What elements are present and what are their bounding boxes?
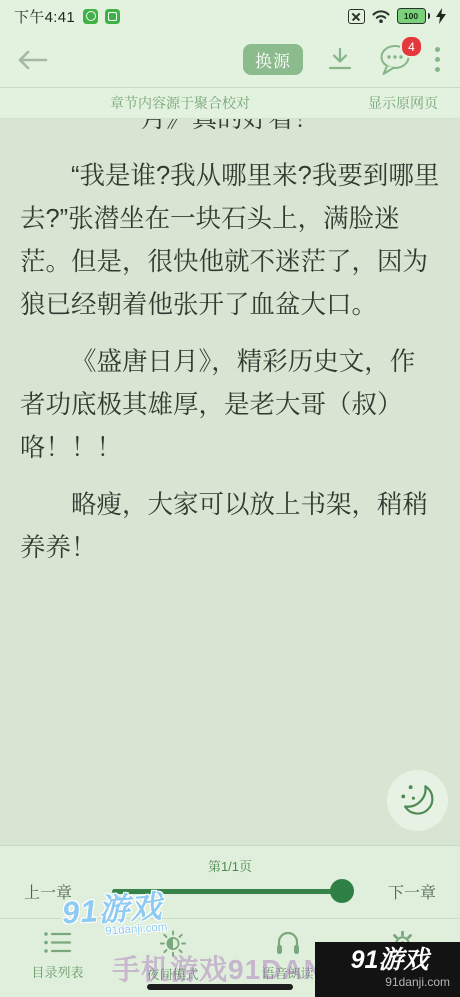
overflow-menu-button[interactable] [435, 47, 440, 72]
watermark-black-title: 91游戏 [329, 947, 450, 975]
prev-chapter-button[interactable]: 上一章 [0, 880, 96, 903]
page-progress-slider[interactable] [112, 879, 350, 903]
watermark-black-domain: 91danji.com [329, 975, 450, 989]
slider-track[interactable] [112, 889, 344, 894]
notification-app-icon [105, 9, 120, 24]
headphones-icon [274, 930, 302, 956]
source-info-text: 章节内容源于聚合校对 [110, 93, 250, 113]
slider-thumb[interactable] [330, 879, 354, 903]
reading-area[interactable]: 月》真的好看！ “我是谁?我从哪里来?我要到哪里去?”张潜坐在一块石头上，满脸迷… [0, 119, 460, 845]
paragraph: 月》真的好看！ [20, 119, 440, 141]
source-bar: 章节内容源于聚合校对 显示原网页 [0, 87, 460, 119]
show-original-link[interactable]: 显示原网页 [368, 93, 438, 113]
nav-label: 夜间模式 [146, 964, 198, 983]
back-button[interactable] [16, 48, 50, 72]
status-bar: 下午4:41 100 [0, 0, 460, 32]
page-control-bar: 第1/1页 上一章 下一章 [0, 845, 460, 918]
charging-bolt-icon [436, 8, 446, 24]
nav-item-catalog[interactable]: 目录列表 [0, 919, 115, 997]
moon-icon [395, 778, 441, 824]
battery-percent: 100 [404, 12, 418, 21]
comments-button[interactable]: 4 [377, 43, 413, 76]
nav-label: 目录列表 [31, 962, 83, 981]
battery-cap [428, 13, 431, 19]
page-indicator: 第1/1页 [0, 846, 460, 875]
paragraph: 略瘦，大家可以放上书架，稍稍养养！ [20, 484, 440, 570]
download-button[interactable] [325, 46, 355, 73]
wifi-icon [371, 8, 391, 24]
paragraph: 《盛唐日月》，精彩历史文，作者功底极其雄厚，是老大哥（叔）咯！！！ [20, 341, 440, 470]
change-source-button[interactable]: 换源 [243, 44, 303, 75]
night-mode-button[interactable] [387, 770, 448, 831]
notification-app-icon [83, 9, 98, 24]
unread-badge: 4 [400, 35, 423, 58]
list-icon [43, 930, 73, 955]
clock: 下午4:41 [14, 6, 75, 27]
no-sim-icon [348, 9, 365, 24]
battery-indicator: 100 [397, 8, 426, 24]
watermark-black-box: 91游戏 91danji.com [315, 942, 460, 997]
next-chapter-button[interactable]: 下一章 [364, 880, 460, 903]
paragraph: “我是谁?我从哪里来?我要到哪里去?”张潜坐在一块石头上，满脸迷茫。但是，很快他… [20, 155, 440, 327]
reader-toolbar: 换源 4 [0, 32, 460, 87]
sun-icon [159, 930, 187, 957]
nav-label: 语音朗读 [261, 963, 313, 982]
gesture-home-bar[interactable] [147, 984, 293, 990]
